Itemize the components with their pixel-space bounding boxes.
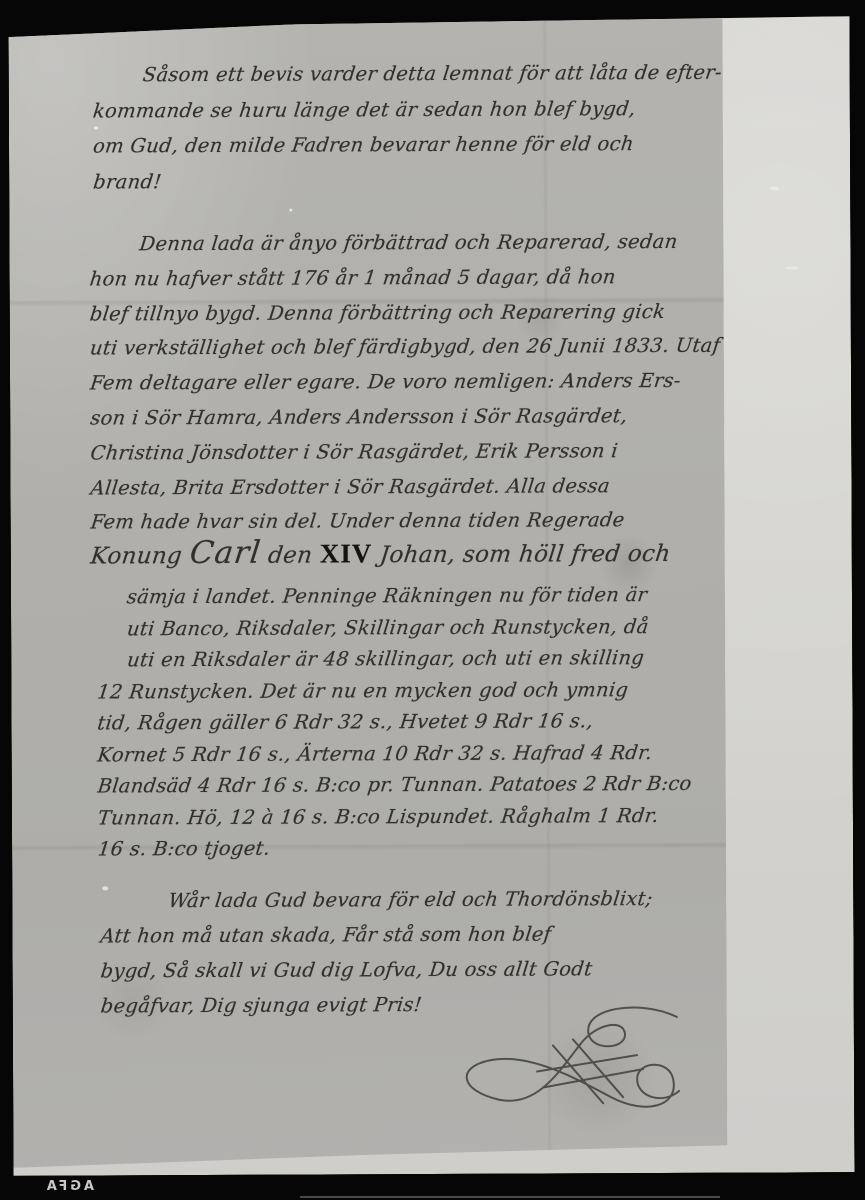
manuscript-line: Fem deltagare eller egare. De voro nemli… <box>88 364 722 402</box>
backing-scratch <box>769 186 779 190</box>
film-brand-mark: AGFA <box>44 1179 94 1194</box>
manuscript-line: uti en Riksdaler är 48 skillingar, och u… <box>95 642 693 676</box>
manuscript-line: Wår lada Gud bevara för eld och Thordöns… <box>98 881 654 918</box>
king-line-after: Johan, som höll fred och <box>371 541 672 568</box>
king-line-den: den <box>259 542 321 568</box>
manuscript-line: Blandsäd 4 Rdr 16 s. B:co pr. Tunnan. Pa… <box>96 768 694 802</box>
manuscript-line: Att hon må utan skada, Får stå som hon b… <box>99 916 655 953</box>
manuscript-line: Tunnan. Hö, 12 à 16 s. B:co Lispundet. R… <box>96 799 694 833</box>
manuscript-line: tid, Rågen gäller 6 Rdr 32 s., Hvetet 9 … <box>96 705 694 739</box>
manuscript-line-king: Konung Carl den XIV Johan, som höll fred… <box>89 533 669 582</box>
manuscript-line: 12 Runstycken. Det är nu en mycken god o… <box>95 673 693 707</box>
manuscript-line: sämja i landet. Penninge Räkningen nu fö… <box>95 579 693 613</box>
manuscript-line: kommande se huru länge det är sedan hon … <box>91 90 724 128</box>
dust-speck <box>289 209 292 212</box>
manuscript-paragraph-2: Denna lada är ånyo förbättrad och Repare… <box>87 225 718 541</box>
manuscript-line: Denna lada är ånyo förbättrad och Repare… <box>88 225 722 263</box>
manuscript-line: 16 s. B:co tjoget. <box>96 831 694 865</box>
manuscript-line: brand! <box>91 161 724 199</box>
manuscript-paragraph-1: Såsom ett bevis varder detta lemnat för … <box>91 55 721 200</box>
king-line-before: Konung <box>89 543 191 569</box>
backing-scratch <box>785 266 799 269</box>
manuscript-line: uti verkställighet och blef färdigbygd, … <box>88 329 722 367</box>
manuscript-paragraph-2-continued: sämja i landet. Penninge Räkningen nu fö… <box>95 579 690 865</box>
document-paper: Såsom ett bevis varder detta lemnat för … <box>8 19 727 1168</box>
manuscript-line: Christina Jönsdotter i Sör Rasgärdet, Er… <box>88 434 722 472</box>
manuscript-line: Såsom ett bevis varder detta lemnat för … <box>91 55 724 93</box>
signature-flourish <box>441 1003 710 1124</box>
manuscript-line: Allesta, Brita Ersdotter i Sör Rasgärdet… <box>89 468 723 506</box>
manuscript-line: uti Banco, Riksdaler, Skillingar och Run… <box>95 610 693 644</box>
manuscript-line: Kornet 5 Rdr 16 s., Ärterna 10 Rdr 32 s.… <box>96 736 694 770</box>
manuscript-line: son i Sör Hamra, Anders Andersson i Sör … <box>88 399 722 437</box>
manuscript-paragraph-3: Wår lada Gud bevara för eld och Thordöns… <box>98 881 651 1023</box>
manuscript-line: blef tillnyo bygd. Denna förbättring och… <box>88 294 722 332</box>
plate-edge-streak <box>300 1196 720 1198</box>
manuscript-line: om Gud, den milde Fadren bevarar henne f… <box>91 126 724 164</box>
king-name-carl: Carl <box>188 535 263 571</box>
king-roman-numeral: XIV <box>320 538 373 569</box>
photo-plate: Såsom ett bevis varder detta lemnat för … <box>8 16 854 1176</box>
manuscript-line: bygd, Så skall vi Gud dig Lofva, Du oss … <box>99 951 655 988</box>
manuscript-line: hon nu hafver stått 176 år 1 månad 5 dag… <box>88 260 722 298</box>
